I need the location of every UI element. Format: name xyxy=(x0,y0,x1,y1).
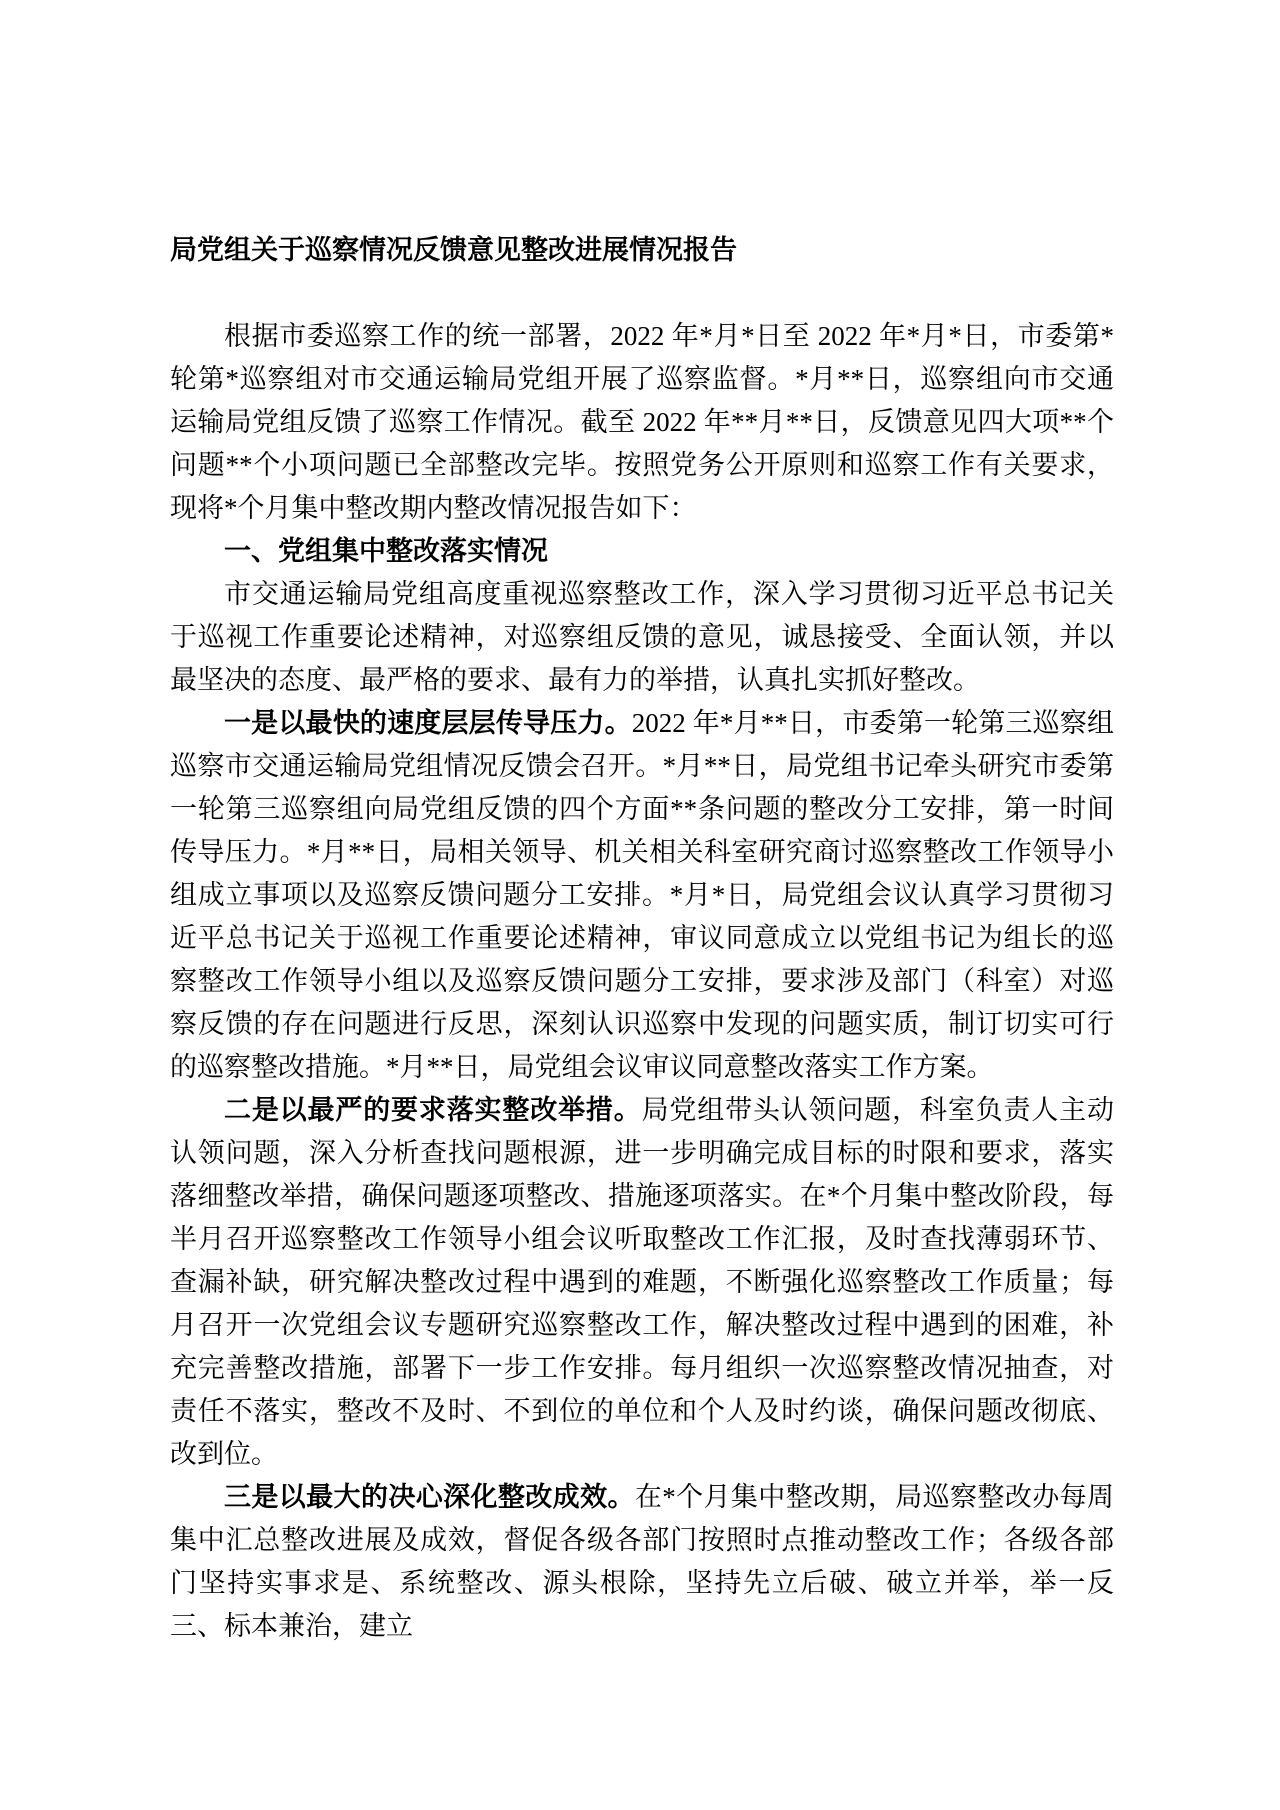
document-title: 局党组关于巡察情况反馈意见整改进展情况报告 xyxy=(170,229,1114,272)
paragraph-4-run-1: 一是以最快的速度层层传导压力。 xyxy=(224,708,632,738)
paragraph-1: 根据市委巡察工作的统一部署，2022 年*月*日至 2022 年*月*日，市委第… xyxy=(170,315,1114,530)
paragraph-5-run-2: 局党组带头认领问题，科室负责人主动认领问题，深入分析查找问题根源，进一步明确完成… xyxy=(170,1095,1114,1469)
paragraph-2: 一、党组集中整改落实情况 xyxy=(170,530,1114,573)
paragraph-4: 一是以最快的速度层层传导压力。2022 年*月**日，市委第一轮第三巡察组巡察市… xyxy=(170,702,1114,1089)
paragraph-5-run-1: 二是以最严的要求落实整改举措。 xyxy=(224,1095,642,1125)
paragraph-2-run-1: 一、党组集中整改落实情况 xyxy=(224,536,548,566)
paragraph-3-run-1: 市交通运输局党组高度重视巡察整改工作，深入学习贯彻习近平总书记关于巡视工作重要论… xyxy=(170,579,1114,695)
paragraph-1-run-1: 根据市委巡察工作的统一部署，2022 年*月*日至 2022 年*月*日，市委第… xyxy=(170,321,1114,523)
paragraph-6: 三是以最大的决心深化整改成效。在*个月集中整改期，局巡察整改办每周集中汇总整改进… xyxy=(170,1476,1114,1648)
paragraph-3: 市交通运输局党组高度重视巡察整改工作，深入学习贯彻习近平总书记关于巡视工作重要论… xyxy=(170,573,1114,702)
document-page: 局党组关于巡察情况反馈意见整改进展情况报告 根据市委巡察工作的统一部署，2022… xyxy=(0,0,1280,1810)
paragraph-5: 二是以最严的要求落实整改举措。局党组带头认领问题，科室负责人主动认领问题，深入分… xyxy=(170,1089,1114,1476)
document-body: 根据市委巡察工作的统一部署，2022 年*月*日至 2022 年*月*日，市委第… xyxy=(170,315,1114,1648)
document-content: 局党组关于巡察情况反馈意见整改进展情况报告 根据市委巡察工作的统一部署，2022… xyxy=(170,229,1114,1648)
paragraph-6-run-1: 三是以最大的决心深化整改成效。 xyxy=(224,1482,635,1512)
paragraph-4-run-2: 2022 年*月**日，市委第一轮第三巡察组巡察市交通运输局党组情况反馈会召开。… xyxy=(170,708,1114,1082)
